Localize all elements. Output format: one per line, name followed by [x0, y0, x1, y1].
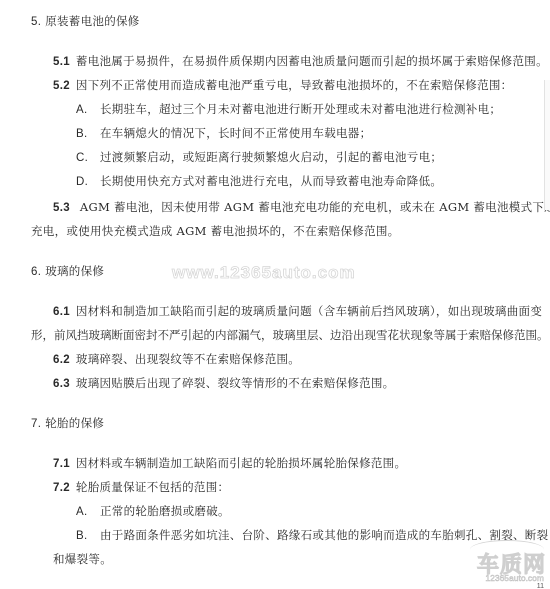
clause-5-1: 5.1蓄电池属于易损件，在易损件质保期内因蓄电池质量问题而引起的损坏属于索赔保修…: [53, 53, 548, 70]
clause-7-1: 7.1因材料或车辆制造加工缺陷而引起的轮胎损坏属轮胎保修范围。: [53, 455, 406, 472]
subitem-5-2-b: B.在车辆熄火的情况下，长时间不正常使用车载电器；: [76, 125, 371, 142]
clause-text: 蓄电池属于易损件，在易损件质保期内因蓄电池质量问题而引起的损坏属于索赔保修范围。: [76, 54, 548, 68]
subitem-letter: C.: [76, 150, 100, 166]
clause-6-3: 6.3玻璃因贴膜后出现了碎裂、裂纹等情形的不在索赔保修范围。: [53, 375, 395, 392]
subitem-5-2-c: C.过渡频繁启动，或短距离行驶频繁熄火启动，引起的蓄电池亏电；: [76, 149, 442, 166]
clause-number: 6.1: [53, 306, 70, 318]
clause-text: 玻璃碎裂、出现裂纹等不在索赔保修范围。: [76, 352, 300, 366]
subitem-letter: A.: [76, 504, 100, 520]
section-heading-7: 7.轮胎的保修: [31, 415, 104, 432]
section-title: 原装蓄电池的保修: [45, 14, 139, 28]
subitem-text: 正常的轮胎磨损或磨破。: [100, 504, 230, 518]
subitem-letter: D.: [76, 174, 100, 190]
section-heading-6: 6.玻璃的保修: [31, 263, 104, 280]
clause-number: 7.2: [53, 482, 70, 494]
subitem-7-2-b: B.由于路面条件恶劣如坑洼、台阶、路缘石或其他的影响而造成的车胎刺孔、割裂、断裂: [76, 527, 548, 544]
page-number: 11: [537, 583, 544, 589]
clause-text: 因材料或车辆制造加工缺陷而引起的轮胎损坏属轮胎保修范围。: [76, 456, 406, 470]
clause-5-3-continued: 充电，或使用快充模式造成 AGM 蓄电池损坏的，不在索赔保修范围。: [31, 223, 399, 239]
section-number: 5.: [31, 16, 41, 28]
clause-6-2: 6.2玻璃碎裂、出现裂纹等不在索赔保修范围。: [53, 351, 300, 368]
clause-text: 玻璃因贴膜后出现了碎裂、裂纹等情形的不在索赔保修范围。: [76, 376, 395, 390]
site-logo-url: 12365auto.com: [485, 573, 544, 583]
section-heading-5: 5.原装蓄电池的保修: [31, 13, 140, 30]
clause-number: 6.2: [53, 354, 70, 366]
clause-text-line1: 因材料和制造加工缺陷而引起的玻璃质量问题（含车辆前后挡风玻璃），如出现玻璃曲面变: [76, 304, 542, 318]
clause-text-line2: 充电，或使用快充模式造成 AGM 蓄电池损坏的，不在索赔保修范围。: [31, 224, 399, 238]
subitem-5-2-a: A.长期驻车，超过三个月未对蓄电池进行断开处理或未对蓄电池进行检测补电；: [76, 101, 501, 118]
subitem-7-2-b-continued: 和爆裂等。: [53, 551, 112, 567]
document-page: 5.原装蓄电池的保修 5.1蓄电池属于易损件，在易损件质保期内因蓄电池质量问题而…: [0, 0, 550, 589]
subitem-letter: B.: [76, 126, 100, 142]
clause-text: 轮胎质量保证不包括的范围：: [76, 480, 229, 494]
clause-number: 5.1: [53, 56, 70, 68]
clause-5-2: 5.2因下列不正常使用而造成蓄电池严重亏电，导致蓄电池损坏的，不在索赔保修范围：: [53, 77, 513, 94]
page-edge-shadow: [544, 80, 550, 210]
section-number: 7.: [31, 418, 41, 430]
subitem-text-line2: 和爆裂等。: [53, 552, 112, 566]
clause-6-1: 6.1因材料和制造加工缺陷而引起的玻璃质量问题（含车辆前后挡风玻璃），如出现玻璃…: [53, 303, 542, 320]
clause-number: 7.1: [53, 458, 70, 470]
subitem-text: 在车辆熄火的情况下，长时间不正常使用车载电器；: [100, 126, 371, 140]
subitem-letter: B.: [76, 528, 100, 544]
subitem-text: 过渡频繁启动，或短距离行驶频繁熄火启动，引起的蓄电池亏电；: [100, 150, 442, 164]
subitem-text: 长期驻车，超过三个月未对蓄电池进行断开处理或未对蓄电池进行检测补电；: [100, 102, 501, 116]
clause-number: 5.2: [53, 80, 70, 92]
clause-text: 因下列不正常使用而造成蓄电池严重亏电，导致蓄电池损坏的，不在索赔保修范围：: [76, 78, 513, 92]
section-title: 玻璃的保修: [45, 264, 104, 278]
clause-7-2: 7.2轮胎质量保证不包括的范围：: [53, 479, 229, 496]
section-number: 6.: [31, 266, 41, 278]
watermark: www.12365auto.com: [172, 263, 356, 283]
clause-text-line1: AGM 蓄电池，因未使用带 AGM 蓄电池充电功能的充电机，或未在 AGM 蓄电…: [80, 200, 550, 214]
subitem-letter: A.: [76, 102, 100, 118]
clause-number: 5.3: [53, 202, 70, 214]
section-title: 轮胎的保修: [45, 416, 104, 430]
clause-5-3: 5.3AGM 蓄电池，因未使用带 AGM 蓄电池充电功能的充电机，或未在 AGM…: [53, 199, 550, 216]
subitem-5-2-d: D.长期使用快充方式对蓄电池进行充电，从而导致蓄电池寿命降低。: [76, 173, 442, 190]
subitem-7-2-a: A.正常的轮胎磨损或磨破。: [76, 503, 230, 520]
subitem-text: 长期使用快充方式对蓄电池进行充电，从而导致蓄电池寿命降低。: [100, 174, 442, 188]
clause-number: 6.3: [53, 378, 70, 390]
subitem-text-line1: 由于路面条件恶劣如坑洼、台阶、路缘石或其他的影响而造成的车胎刺孔、割裂、断裂: [100, 528, 548, 542]
clause-text-line2: 形，前风挡玻璃断面密封不严引起的内部漏气，玻璃里层、边沿出现雪花状现象等属于索赔…: [31, 328, 549, 342]
clause-6-1-continued: 形，前风挡玻璃断面密封不严引起的内部漏气，玻璃里层、边沿出现雪花状现象等属于索赔…: [31, 327, 549, 343]
